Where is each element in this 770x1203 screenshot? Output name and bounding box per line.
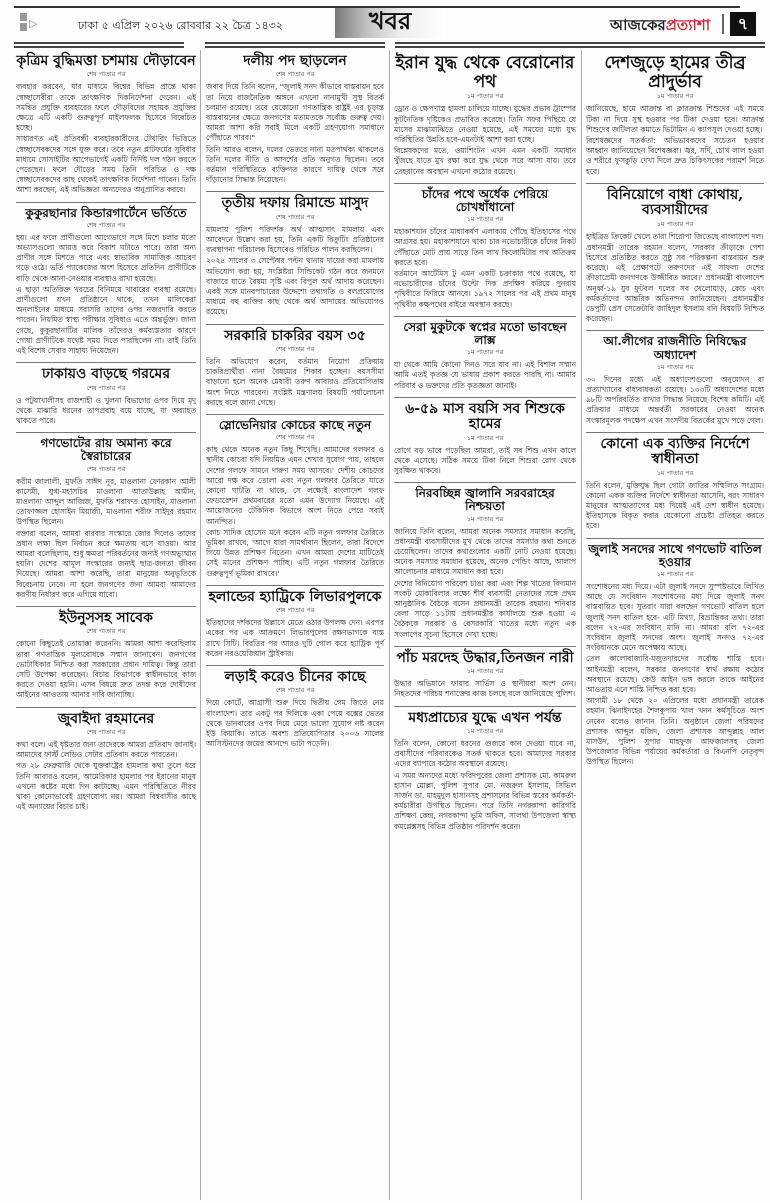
story-body: জানিয়ে তিনি বলেন, আমরা অনেক সমস্যার সমা… xyxy=(394,527,576,640)
story-headline: নিরবচ্ছিন্ন জ্বালানি সরবরাহের নিশ্চয়তা xyxy=(394,487,576,513)
story-divider xyxy=(586,330,764,331)
continuation-label: ১ম পাতার পর xyxy=(394,666,576,677)
story-headline: ইরান যুদ্ধ থেকে বেরোনোর পথ xyxy=(394,54,576,91)
column-3: ইরান যুদ্ধ থেকে বেরোনোর পথ১ম পাতার পরড্র… xyxy=(390,50,580,1200)
story-divider xyxy=(394,397,576,398)
page-marker-icon: ▷ xyxy=(20,13,38,35)
story-divider xyxy=(16,432,196,433)
continuation-label: ১ম পাতার পর xyxy=(394,91,576,102)
story-headline: ইউনুসসহ সাবেক xyxy=(16,611,196,626)
continuation-label: শেষ পাতার পর xyxy=(206,432,384,443)
newspaper-logo: আজকের প্রত্যাশা xyxy=(610,14,710,36)
story-paragraph: তেল কালোবাজারি-মজুতদারদের সর্বোচ্চ শাস্ত… xyxy=(586,654,764,695)
story-paragraph: তিনি বলেন, কোনো ধরনের গুজবে কান দেওয়া য… xyxy=(394,739,576,770)
news-story: জুবাইদা রহমানেরশেষ পাতার পরকথা বলে। এই ধ… xyxy=(16,707,196,813)
continuation-label: ১ম পাতার পর xyxy=(586,91,764,102)
story-paragraph: ২০২৪ সালের ৩ সেপ্টেম্বর পল্টন থানায় দায… xyxy=(206,256,384,317)
news-story: ঢাকায়ও বাড়ছে গরমেরশেষ পাতার পরও পটুয়া… xyxy=(16,362,196,426)
header-divider xyxy=(722,14,724,34)
story-paragraph: করীম জালালী, মুফতি সাঈদ নূর, মাওলানা ফোর… xyxy=(16,477,196,528)
story-paragraph: জবাব দিয়ে তিনি বলেন, "জুলাই সনদ কীভাবে … xyxy=(206,82,384,143)
continuation-label: ১ম পাতার পর xyxy=(394,514,576,525)
continuation-label: ১ম পাতার পর xyxy=(394,726,576,737)
news-story: ৬-৫৯ মাস বয়সি সব শিশুকে হামের১ম পাতার প… xyxy=(394,397,576,476)
story-body: তিনি অভিযোগ করেন, বর্তমান নিয়োগ প্রক্রি… xyxy=(206,357,384,408)
story-body: কাছ থেকে অনেক নতুন কিছু শিখেছি। আমাদের গ… xyxy=(206,445,384,579)
story-paragraph: প্রধানমন্ত্রী তারেক রহমান বলেন, 'সরকার ক… xyxy=(586,243,764,325)
news-story: ইরান যুদ্ধ থেকে বেরোনোর পথ১ম পাতার পরড্র… xyxy=(394,54,576,177)
newspaper-page: ▷ ঢাকা ৫ এপ্রিল ২০২৬ রোববার ২২ চৈত্র ১৪৩… xyxy=(0,0,770,1203)
story-paragraph: কাছ থেকে অনেক নতুন কিছু শিখেছি। আমাদের গ… xyxy=(206,445,384,527)
continuation-label: ১ম পাতার পর xyxy=(394,214,576,225)
section-rule xyxy=(205,42,385,48)
story-headline: আ.লীগের রাজনীতি নিষিদ্ধের অধ্যাদেশ xyxy=(586,335,764,361)
story-headline: হলান্ডের হ্যাট্রিকে লিভারপুলকে xyxy=(206,590,384,605)
news-story: স্লোভেনিয়ার কোচের কাছে নতুনশেষ পাতার পর… xyxy=(206,414,384,579)
story-body: করীম জালালী, মুফতি সাঈদ নূর, মাওলানা ফোর… xyxy=(16,477,196,600)
continuation-label: শেষ পাতার পর xyxy=(206,605,384,616)
news-story: ইউনুসসহ সাবেকশেষ পাতার পরকোনো কিছুতেই তো… xyxy=(16,606,196,701)
story-divider xyxy=(586,183,764,184)
news-story: বিনিয়োগে বাধা কোথায়, ব্যবসায়ীদের১ম পা… xyxy=(586,183,764,325)
story-divider xyxy=(394,183,576,184)
story-divider xyxy=(16,202,196,203)
section-banner: খবর xyxy=(335,8,445,38)
story-headline: ঢাকায়ও বাড়ছে গরমের xyxy=(16,367,196,382)
story-paragraph: বিশ্লেষকদের মতে, ওয়াশিংটন এখন এমন একটি … xyxy=(394,146,576,177)
page-header: ▷ ঢাকা ৫ এপ্রিল ২০২৬ রোববার ২২ চৈত্র ১৪৩… xyxy=(0,8,770,38)
story-paragraph: তিনি আরও বলেন, দলের ভেতরে নানা মতপার্থক্… xyxy=(206,145,384,186)
story-headline: দেশজুড়ে হামের তীব্র প্রাদুর্ভাব xyxy=(586,54,764,91)
story-body: ব্যবহার করবেন, যার মাধ্যমে বিশ্বের বিভিন… xyxy=(16,82,196,195)
story-headline: ৬-৫৯ মাস বয়সি সব শিশুকে হামের xyxy=(394,402,576,433)
story-paragraph: হাইব্রিড ক্রিকেট খেলে তারা শিরোপা জিতেছে… xyxy=(586,232,764,242)
story-body: মহাকাশযান চাঁদের মাধ্যাকর্ষণ এলাকায় পৌঁ… xyxy=(394,227,576,310)
continuation-label: শেষ পাতার পর xyxy=(206,344,384,355)
continuation-label: ১ম পাতার পর xyxy=(586,569,764,580)
story-headline: স্লোভেনিয়ার কোচের কাছে নতুন xyxy=(206,419,384,432)
story-headline: পাঁচ মরদেহ উদ্ধার,তিনজন নারী xyxy=(394,651,576,666)
column-divider xyxy=(200,50,201,1200)
continuation-label: শেষ পাতার পর xyxy=(16,383,196,394)
story-paragraph: যা থেকে আমি কোনো দিনও সরে যাব না। এই বিশ… xyxy=(394,360,576,391)
story-paragraph: তিনি অভিযোগ করেন, বর্তমান নিয়োগ প্রক্রি… xyxy=(206,357,384,408)
story-headline: সরকারি চাকরির বয়স ৩৫ xyxy=(206,329,384,344)
news-story: চাঁদের পথে অর্ধেক পেরিয়ে চোখধাঁধানো১ম প… xyxy=(394,183,576,310)
news-story: সেরা মুকুটকে স্বপ্নের মতো ভাবছেন লাক্স১ম… xyxy=(394,316,576,391)
news-story: কৃত্রিম বুদ্ধিমত্তা চশমায় দৌড়াবেনশেষ প… xyxy=(16,54,196,196)
news-story: কোনো এক ব্যক্তির নির্দেশে স্বাধীনতা১ম পা… xyxy=(586,432,764,532)
story-body: কথা বলে। এই ধৃষ্টতার জন্য তাদেরকে আমরা প… xyxy=(16,740,196,812)
continuation-label: শেষ পাতার পর xyxy=(16,727,196,738)
story-body: ইতিহাদের দর্শকদের উল্লাসে মেতে ওঠার উপলক… xyxy=(206,618,384,659)
continuation-label: ১ম পাতার পর xyxy=(394,347,576,358)
section-rule xyxy=(395,42,765,48)
continuation-label: শেষ পাতার পর xyxy=(206,69,384,80)
story-body: হাইব্রিড ক্রিকেট খেলে তারা শিরোপা জিতেছে… xyxy=(586,232,764,325)
story-paragraph: গত ২৮ ফেব্রুয়ারি থেকে যুক্তরাষ্ট্রের হা… xyxy=(16,761,196,812)
story-body: তিনি বলেন, কোনো ধরনের গুজবে কান দেওয়া য… xyxy=(394,739,576,832)
column-4: দেশজুড়ে হামের তীব্র প্রাদুর্ভাব১ম পাতার… xyxy=(582,50,768,1200)
story-divider xyxy=(206,414,384,415)
story-divider xyxy=(394,706,576,707)
news-story: লড়াই করেও চীনের কাছেশেষ পাতার পরদিয়ে ক… xyxy=(206,665,384,749)
story-body: রোগে বড় ভাবে পড়েছিল আমরা, তাই সব শিশু … xyxy=(394,446,576,477)
story-divider xyxy=(206,191,384,192)
story-divider xyxy=(586,432,764,433)
story-paragraph: উদ্ধার অভিযানে ফায়ার সার্ভিস ও স্থানীয়… xyxy=(394,679,576,699)
continuation-label: ১ম পাতার পর xyxy=(586,468,764,479)
story-paragraph: কোচ সাদিক হোসেন মনে করেন এটি নতুন গলফার … xyxy=(206,528,384,579)
news-story: মধ্যপ্রাচ্যের যুদ্ধে এখন পর্যন্ত১ম পাতার… xyxy=(394,706,576,832)
story-paragraph: বিশেষজ্ঞদের সতর্কতা: অভিভাবকদের সচেতন হও… xyxy=(586,136,764,177)
news-story: আ.লীগের রাজনীতি নিষিদ্ধের অধ্যাদেশ১ম পাত… xyxy=(586,330,764,425)
continuation-label: শেষ পাতার পর xyxy=(206,212,384,223)
story-divider xyxy=(394,646,576,647)
news-story: দেশজুড়ে হামের তীব্র প্রাদুর্ভাব১ম পাতার… xyxy=(586,54,764,177)
story-headline: জুলাই সনদের সাথে গণভোট বাতিল হওয়ার xyxy=(586,543,764,569)
story-paragraph: মহাকাশযান চাঁদের মাধ্যাকর্ষণ এলাকায় পৌঁ… xyxy=(394,227,576,268)
continuation-label: শেষ পাতার পর xyxy=(16,220,196,231)
continuation-label: শেষ পাতার পর xyxy=(16,464,196,475)
story-paragraph: তিনি বলেন, মুক্তিযুদ্ধ ছিল গোটা জাতির সম… xyxy=(586,481,764,532)
story-paragraph: সাধারণত এই প্রতিবন্ধী ব্যবহারকারীদের টেথ… xyxy=(16,134,196,195)
story-body: দিয়ে কোর্টে, আগ্রাসী শুরু দিয়ে দ্বিতীয… xyxy=(206,698,384,749)
story-body: সংশোধনের মধ্য দিয়ে। এটা জুলাই সনদে সুস্… xyxy=(586,582,764,768)
story-headline: জুবাইদা রহমানের xyxy=(16,712,196,727)
story-paragraph: মামলায় পুলিশ পরিদর্শক অর্থ আত্মসাৎ মামল… xyxy=(206,225,384,256)
story-divider xyxy=(206,665,384,666)
story-headline: সেরা মুকুটকে স্বপ্নের মতো ভাবছেন লাক্স xyxy=(394,321,576,347)
story-headline: বিনিয়োগে বাধা কোথায়, ব্যবসায়ীদের xyxy=(586,188,764,219)
continuation-label: শেষ পাতার পর xyxy=(206,685,384,696)
story-body: তিনি বলেন, মুক্তিযুদ্ধ ছিল গোটা জাতির সম… xyxy=(586,481,764,532)
column-2: দলীয় পদ ছাড়লেনশেষ পাতার পরজবাব দিয়ে ত… xyxy=(202,50,388,1200)
story-paragraph: জানিয়ে তিনি বলেন, আমরা অনেক সমস্যার সমা… xyxy=(394,527,576,578)
story-body: মামলায় পুলিশ পরিদর্শক অর্থ আত্মসাৎ মামল… xyxy=(206,225,384,318)
story-divider xyxy=(16,362,196,363)
news-story: দলীয় পদ ছাড়লেনশেষ পাতার পরজবাব দিয়ে ত… xyxy=(206,54,384,185)
story-body: ও পটুয়াখালীসহ রাজশাহী ও খুলনা বিভাগের ও… xyxy=(16,396,196,427)
story-paragraph: হয়। এর ফলে প্রাণীগুলো আগেভাগে সঙ্গে মিশ… xyxy=(16,233,196,284)
page-number: ৭ xyxy=(730,12,756,36)
story-paragraph: এ ছাড়া অতিরিক্ত খরচের বিনিময়ে খাবারের … xyxy=(16,285,196,356)
story-headline: লড়াই করেও চীনের কাছে xyxy=(206,670,384,685)
story-body: কোনো কিছুতেই তোয়াক্কা করেননি। আমরা আশা … xyxy=(16,639,196,700)
story-paragraph: ড্রোন ও ক্ষেপণাস্ত্র হামলা চালিয়ে যাচ্ছ… xyxy=(394,104,576,145)
continuation-label: শেষ পাতার পর xyxy=(16,69,196,80)
news-story: জুলাই সনদের সাথে গণভোট বাতিল হওয়ার১ম পা… xyxy=(586,538,764,768)
section-title: খবর xyxy=(369,3,411,43)
continuation-label: ১ম পাতার পর xyxy=(394,433,576,444)
story-headline: কৃত্রিম বুদ্ধিমত্তা চশমায় দৌড়াবেন xyxy=(16,54,196,69)
continuation-label: শেষ পাতার পর xyxy=(16,626,196,637)
date-line: ঢাকা ৫ এপ্রিল ২০২৬ রোববার ২২ চৈত্র ১৪৩২ xyxy=(78,17,283,36)
story-divider xyxy=(16,707,196,708)
continuation-label: ১ম পাতার পর xyxy=(586,219,764,230)
story-divider xyxy=(586,538,764,539)
story-paragraph: রোগে বড় ভাবে পড়েছিল আমরা, তাই সব শিশু … xyxy=(394,446,576,477)
story-body: ৩০ দিনের মধ্যে এই অধ্যাদেশগুলো অনুমোদন ব… xyxy=(586,375,764,426)
story-paragraph: ব্যবহার করবেন, যার মাধ্যমে বিশ্বের বিভিন… xyxy=(16,82,196,133)
story-paragraph: ও পটুয়াখালীসহ রাজশাহী ও খুলনা বিভাগের ও… xyxy=(16,396,196,427)
story-body: ড্রোন ও ক্ষেপণাস্ত্র হামলা চালিয়ে যাচ্ছ… xyxy=(394,104,576,176)
story-paragraph: এ সময় অন্যদের মধ্যে ফরিদপুরের জেলা প্রশ… xyxy=(394,771,576,832)
news-story: তৃতীয় দফায় রিমান্ডে মাসুদশেষ পাতার পরম… xyxy=(206,191,384,317)
story-headline: তৃতীয় দফায় রিমান্ডে মাসুদ xyxy=(206,196,384,211)
story-headline: মধ্যপ্রাচ্যের যুদ্ধে এখন পর্যন্ত xyxy=(394,711,576,726)
story-divider xyxy=(394,316,576,317)
story-headline: কুকুরছানার কিন্ডারগার্টেনে ভর্তিতে xyxy=(16,207,196,220)
story-divider xyxy=(394,482,576,483)
story-headline: গণভোটের রায় অমান্য করে স্বৈরাচারের xyxy=(16,437,196,463)
story-body: উদ্ধার অভিযানে ফায়ার সার্ভিস ও স্থানীয়… xyxy=(394,679,576,699)
column-1: কৃত্রিম বুদ্ধিমত্তা চশমায় দৌড়াবেনশেষ প… xyxy=(12,50,200,1200)
story-paragraph: বক্তারা বলেন, আমরা বারবার সংস্কারে জোর দ… xyxy=(16,529,196,600)
continuation-label: ১ম পাতার পর xyxy=(586,362,764,373)
news-story: গণভোটের রায় অমান্য করে স্বৈরাচারেরশেষ প… xyxy=(16,432,196,600)
story-paragraph: সংশোধনের মধ্য দিয়ে। এটা জুলাই সনদে সুস্… xyxy=(586,582,764,653)
story-paragraph: দিয়ে কোর্টে, আগ্রাসী শুরু দিয়ে দ্বিতীয… xyxy=(206,698,384,749)
story-divider xyxy=(16,606,196,607)
story-body: জবাব দিয়ে তিনি বলেন, "জুলাই সনদ কীভাবে … xyxy=(206,82,384,185)
news-story: নিরবচ্ছিন্ন জ্বালানি সরবরাহের নিশ্চয়তা১… xyxy=(394,482,576,640)
story-body: যা থেকে আমি কোনো দিনও সরে যাব না। এই বিশ… xyxy=(394,360,576,391)
story-paragraph: ইতিহাদের দর্শকদের উল্লাসে মেতে ওঠার উপলক… xyxy=(206,618,384,659)
story-divider xyxy=(206,585,384,586)
story-paragraph: কোনো কিছুতেই তোয়াক্কা করেননি। আমরা আশা … xyxy=(16,639,196,700)
story-headline: চাঁদের পথে অর্ধেক পেরিয়ে চোখধাঁধানো xyxy=(394,188,576,214)
story-divider xyxy=(206,324,384,325)
story-paragraph: জানিয়েছে, হামে আক্রান্ত বা ক্লারক্রান্ত… xyxy=(586,104,764,135)
news-story: হলান্ডের হ্যাট্রিকে লিভারপুলকেশেষ পাতার … xyxy=(206,585,384,659)
story-body: হয়। এর ফলে প্রাণীগুলো আগেভাগে সঙ্গে মিশ… xyxy=(16,233,196,356)
story-paragraph: কথা বলে। এই ধৃষ্টতার জন্য তাদেরকে আমরা প… xyxy=(16,740,196,760)
story-paragraph: ৩০ দিনের মধ্যে এই অধ্যাদেশগুলো অনুমোদন ব… xyxy=(586,375,764,426)
story-paragraph: বর্তমানে আর্টেমিস টু এমন একটি চক্রাকার প… xyxy=(394,269,576,310)
news-story: কুকুরছানার কিন্ডারগার্টেনে ভর্তিতেশেষ পা… xyxy=(16,202,196,357)
news-story: পাঁচ মরদেহ উদ্ধার,তিনজন নারী১ম পাতার পরউ… xyxy=(394,646,576,700)
story-body: জানিয়েছে, হামে আক্রান্ত বা ক্লারক্রান্ত… xyxy=(586,104,764,176)
story-paragraph: দেশের বিনিয়োগ পরিবেশ চাঙা করা এবং শিল্প… xyxy=(394,579,576,640)
news-story: সরকারি চাকরির বয়স ৩৫শেষ পাতার পরতিনি অভ… xyxy=(206,324,384,408)
story-paragraph: আগামী ১৮ থেকে ২০ এপ্রিলের মধ্যে প্রধানমন… xyxy=(586,696,764,767)
story-headline: কোনো এক ব্যক্তির নির্দেশে স্বাধীনতা xyxy=(586,437,764,468)
story-headline: দলীয় পদ ছাড়লেন xyxy=(206,54,384,69)
section-rule xyxy=(14,42,184,48)
